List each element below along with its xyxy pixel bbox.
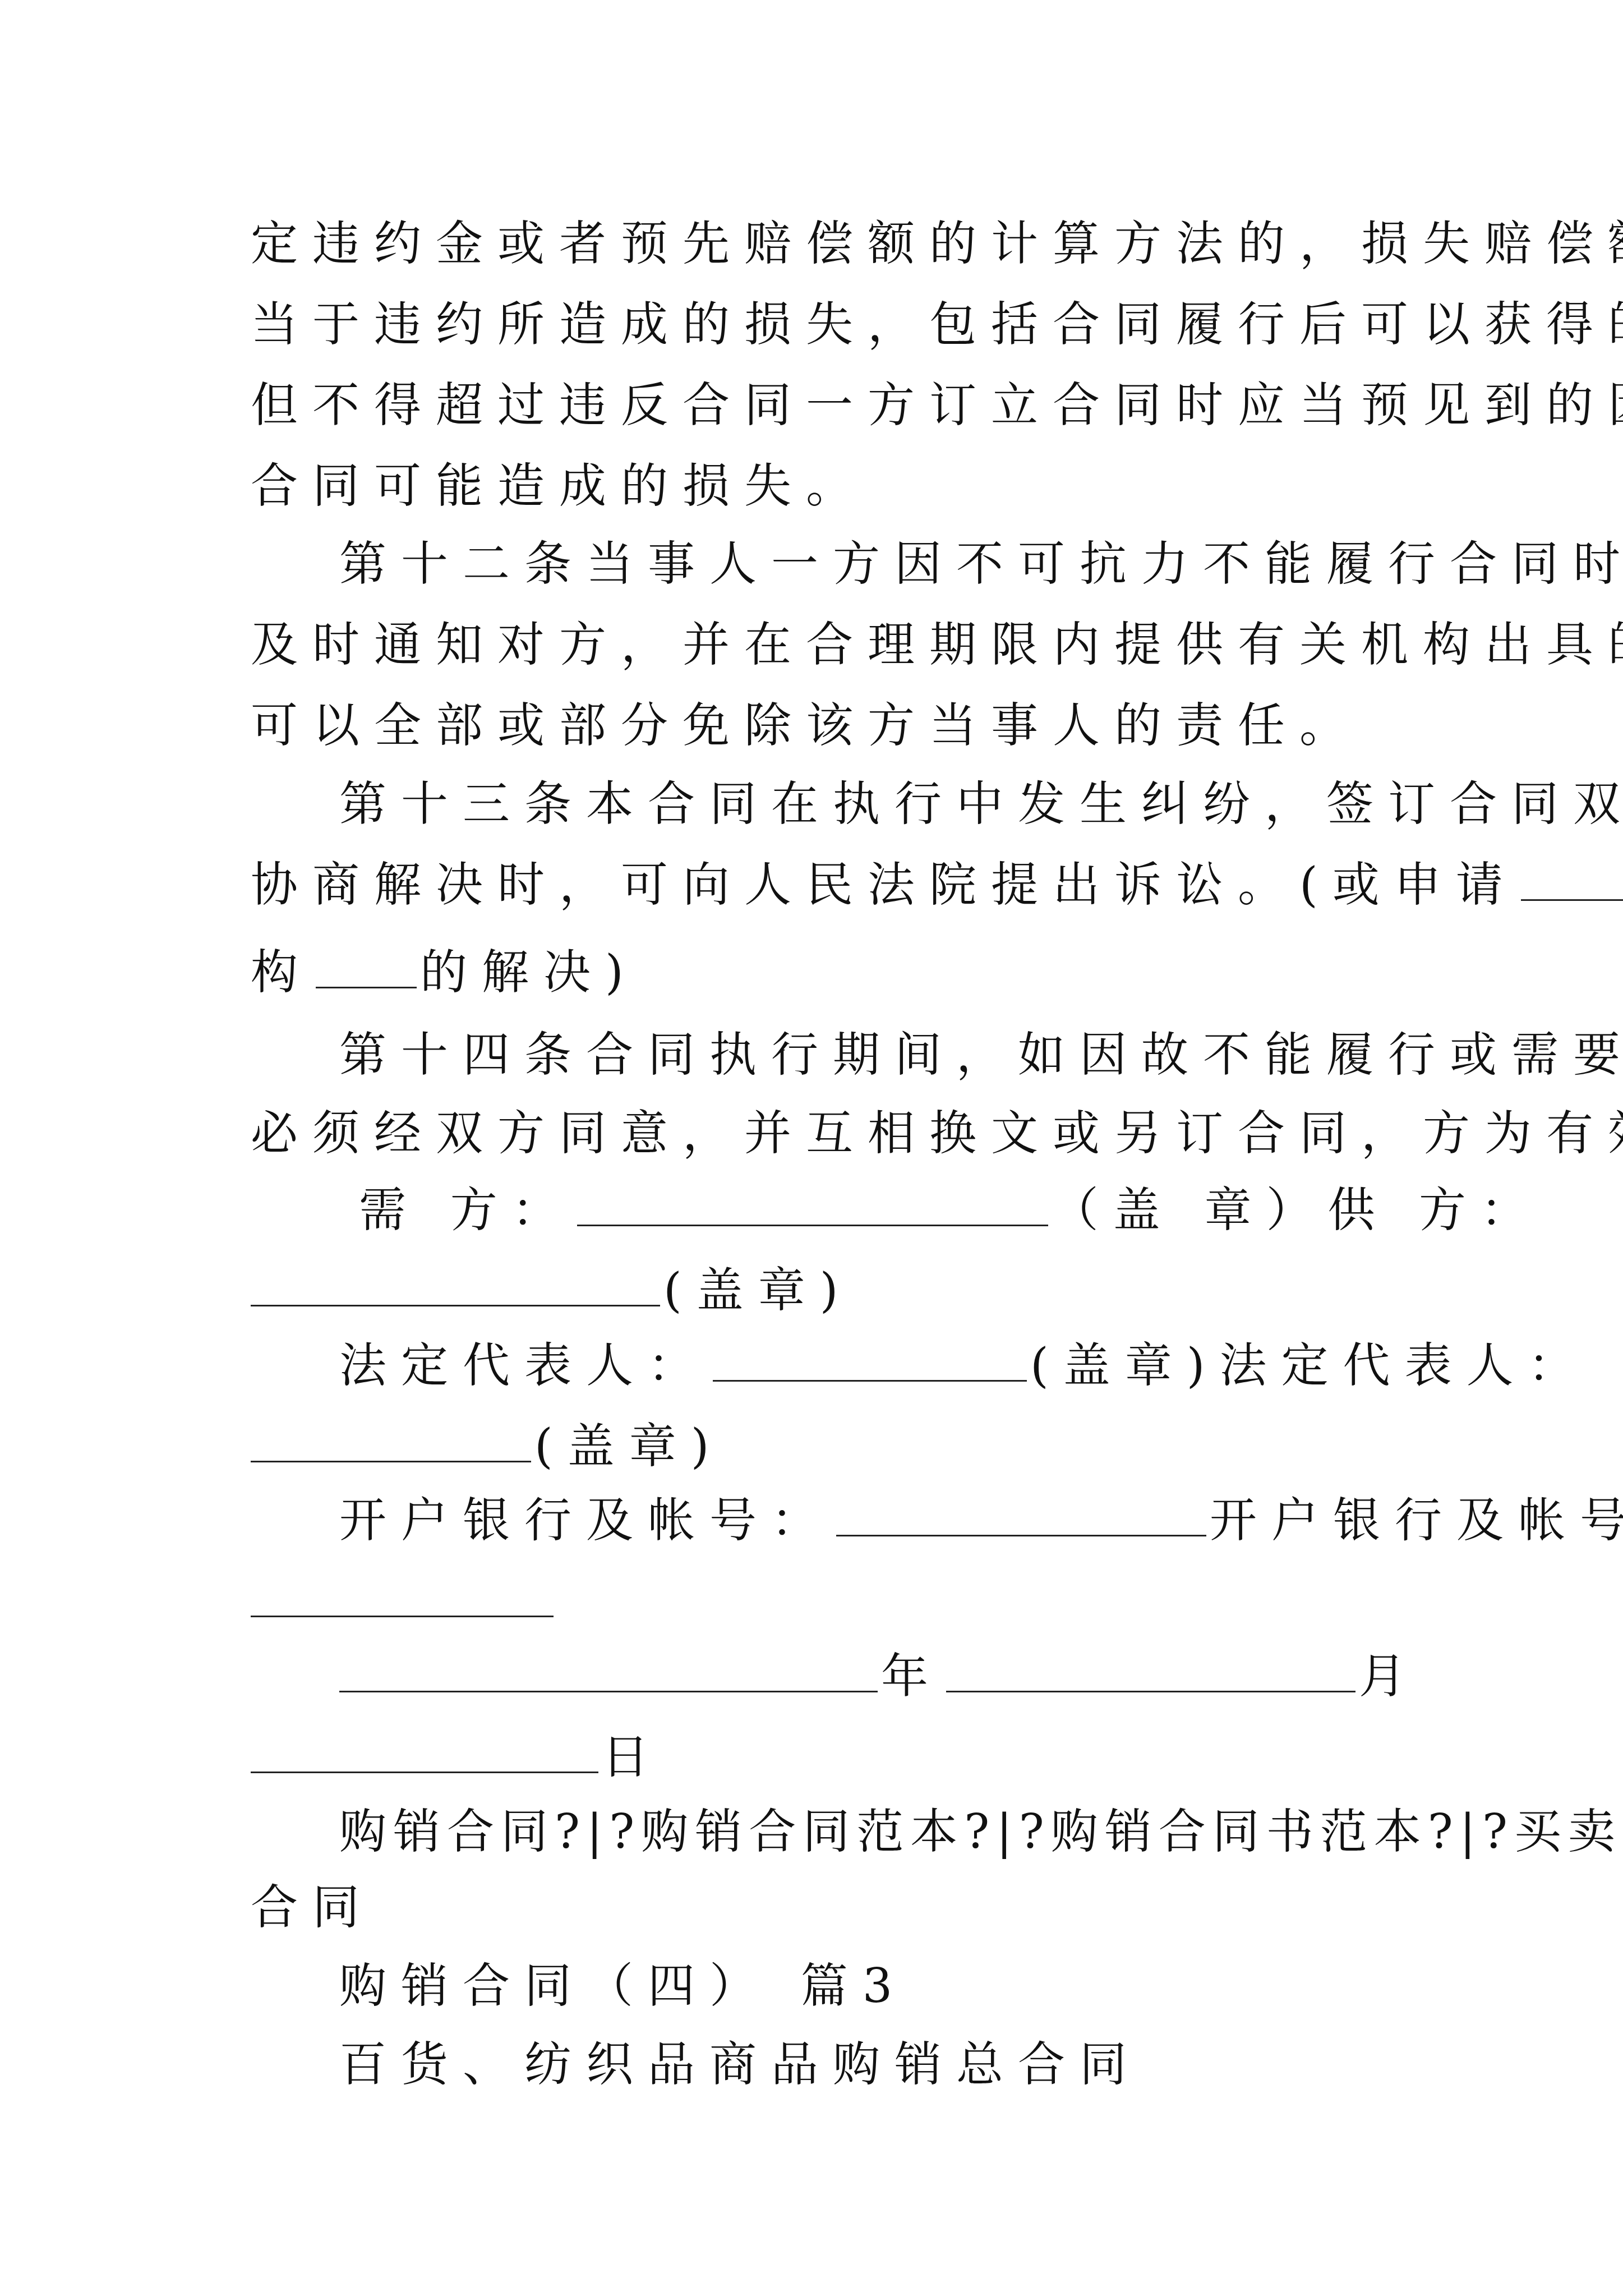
paragraph-line: 当于违约所造成的损失，包括合同履行后可以获得的利益， [251, 285, 1406, 364]
seller-legal-rep-field[interactable] [251, 1421, 531, 1462]
tags-line-cont: 合同 [251, 1868, 1406, 1947]
legal-rep-label: 法定代表人： [1220, 1338, 1590, 1393]
blank-field-institution[interactable] [316, 947, 417, 988]
paragraph-line: 第十四条合同执行期间，如因故不能履行或需要修改， [339, 1015, 1495, 1094]
seller-name-field[interactable] [251, 1266, 660, 1306]
bank-label: 开户银行及帐号： [1210, 1493, 1623, 1548]
clause-text: 协商解决时，可向人民法院提出诉讼。(或申请 [251, 857, 1518, 912]
year-field[interactable] [339, 1651, 878, 1692]
month-field[interactable] [946, 1651, 1355, 1692]
seller-signature-line: (盖章) [251, 1251, 1406, 1329]
seal-label: (盖章) [534, 1419, 724, 1474]
paragraph-line: 协商解决时，可向人民法院提出诉讼。(或申请机 [251, 845, 1406, 924]
clause-text: 构 [251, 945, 312, 1000]
paragraph-line: 合同可能造成的损失。 [251, 447, 1406, 525]
legal-rep-line: 法定代表人：(盖章)法定代表人： [339, 1326, 1495, 1405]
paragraph-line: 第十三条本合同在执行中发生纠纷，签订合同双方不能 [339, 765, 1495, 843]
seal-label: (盖章) [1030, 1338, 1220, 1393]
day-field[interactable] [251, 1732, 598, 1773]
buyer-label: 需 方： [359, 1182, 574, 1237]
paragraph-line: 但不得超过违反合同一方订立合同时应当预见到的因违反 [251, 366, 1406, 444]
bank-account-line-cont [251, 1562, 1406, 1640]
seller-bank-field[interactable] [251, 1576, 554, 1617]
clause-text: 的解决) [420, 945, 638, 1000]
paragraph-line: 第十二条当事人一方因不可抗力不能履行合同时，应当 [339, 524, 1495, 603]
paragraph-line: 及时通知对方，并在合理期限内提供有关机构出具的证明， [251, 605, 1406, 684]
paragraph-line: 定违约金或者预先赔偿额的计算方法的，损失赔偿额应当相 [251, 204, 1406, 283]
blank-field-institution[interactable] [1521, 860, 1623, 901]
date-line: 年月 [339, 1637, 1495, 1715]
bank-label: 开户银行及帐号： [339, 1493, 833, 1548]
buyer-bank-field[interactable] [836, 1496, 1206, 1536]
buyer-signature-line: 需 方：（盖 章）供 方： [359, 1171, 1514, 1249]
paragraph-line: 必须经双方同意，并互相换文或另订合同，方为有效。 [251, 1094, 1406, 1172]
section-heading: 购销合同（四） 篇3 [339, 1947, 1495, 2025]
paragraph-line: 可以全部或部分免除该方当事人的责任。 [251, 686, 1406, 765]
buyer-legal-rep-field[interactable] [713, 1341, 1027, 1382]
paragraph-line: 构的解决) [251, 933, 1406, 1011]
legal-rep-label: 法定代表人： [339, 1338, 709, 1393]
bank-account-line: 开户银行及帐号：开户银行及帐号： [339, 1481, 1495, 1559]
date-line-cont: 日 [251, 1718, 1406, 1796]
month-label: 月 [1359, 1649, 1421, 1704]
day-label: 日 [602, 1729, 663, 1784]
legal-rep-line-cont: (盖章) [251, 1407, 1406, 1485]
buyer-name-field[interactable] [577, 1185, 1048, 1226]
seller-label: 供 方： [1327, 1182, 1542, 1237]
year-label: 年 [881, 1649, 943, 1704]
tags-line: 购销合同?|?购销合同范本?|?购销合同书范本?|?买卖 [339, 1792, 1495, 1871]
seal-label: (盖章) [663, 1263, 853, 1318]
document-page: 定违约金或者预先赔偿额的计算方法的，损失赔偿额应当相 当于违约所造成的损失，包括… [0, 0, 1623, 2296]
seal-label: （盖 章） [1052, 1182, 1328, 1237]
section-title: 百货、纺织品商品购销总合同 [339, 2025, 1495, 2104]
